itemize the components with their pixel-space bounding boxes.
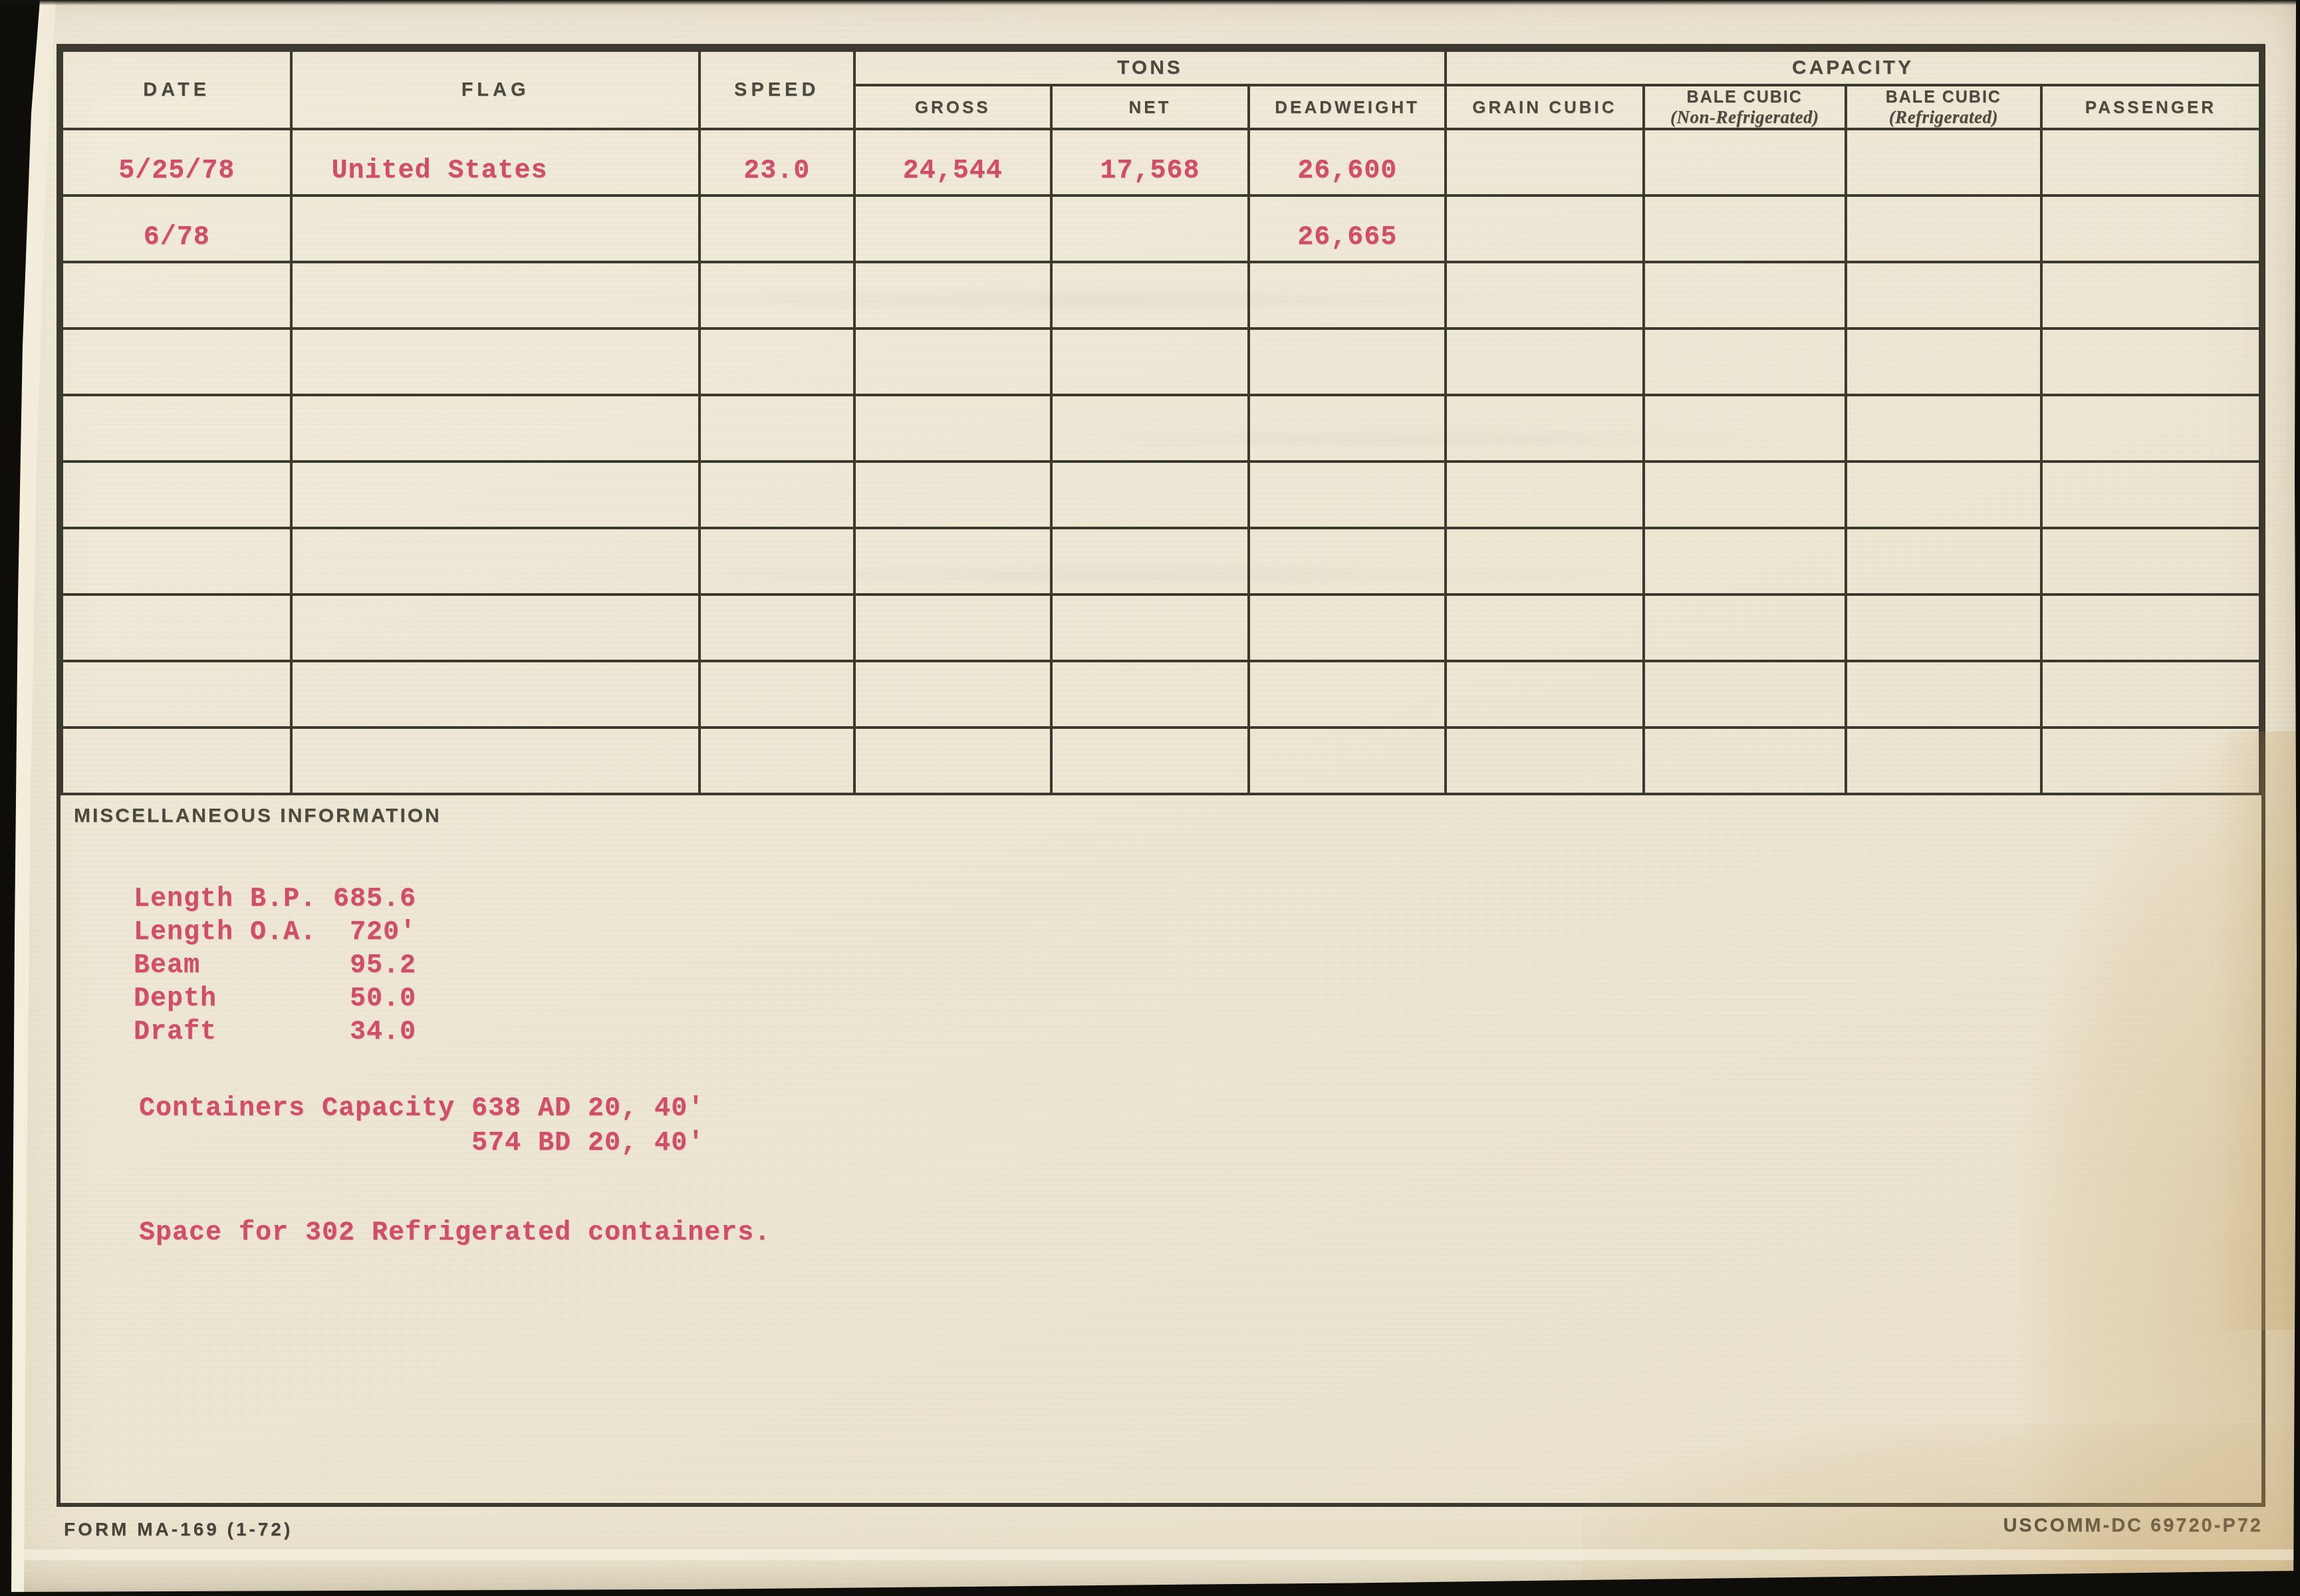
col-group-tons: TONS (854, 51, 1446, 85)
table-cell-date: 5/25/78 (62, 129, 291, 196)
table-cell-bale-non-ref (1644, 595, 1846, 661)
table-cell-bale-ref (1846, 329, 2041, 395)
table-cell-passenger (2041, 395, 2260, 462)
table-cell-speed (700, 728, 854, 794)
table-cell-date (62, 595, 291, 661)
table-cell-bale-ref (1846, 262, 2041, 329)
table-cell-deadweight (1249, 595, 1446, 661)
bleed-through-smudge (585, 286, 1583, 314)
table-cell-grain-cubic (1446, 129, 1644, 196)
table-cell-bale-non-ref (1644, 462, 1846, 528)
table-cell-passenger (2041, 129, 2260, 196)
table-cell-deadweight (1249, 329, 1446, 395)
table-cell-passenger (2041, 196, 2260, 262)
table-cell-date (62, 661, 291, 728)
table-cell-bale-non-ref (1644, 329, 1846, 395)
table-row (62, 462, 2260, 528)
table-cell-flag (291, 462, 699, 528)
table-cell-grain-cubic (1446, 329, 1644, 395)
table-cell-date (62, 528, 291, 595)
bale-ref-line2: (Refrigerated) (1848, 107, 2039, 127)
table-cell-date (62, 329, 291, 395)
table-row: 6/7826,665 (62, 196, 2260, 262)
col-header-date: DATE (62, 51, 291, 129)
table-cell-speed: 23.0 (700, 129, 854, 196)
table-cell-date (62, 395, 291, 462)
col-header-bale-cubic-refrigerated: BALE CUBIC (Refrigerated) (1846, 85, 2041, 129)
table-cell-bale-non-ref (1644, 129, 1846, 196)
table-cell-grain-cubic (1446, 462, 1644, 528)
table-cell-passenger (2041, 462, 2260, 528)
table-cell-bale-ref (1846, 728, 2041, 794)
water-stain (1583, 1423, 2300, 1596)
container-capacity-block: Containers Capacity 638 AD 20, 40' 574 B… (139, 1092, 2261, 1161)
table-cell-net (1051, 196, 1249, 262)
table-cell-gross: 24,544 (854, 129, 1051, 196)
table-cell-passenger (2041, 329, 2260, 395)
table-cell-net (1051, 661, 1249, 728)
table-cell-gross (854, 728, 1051, 794)
table-cell-bale-non-ref (1644, 262, 1846, 329)
table-cell-flag (291, 329, 699, 395)
table-cell-gross (854, 196, 1051, 262)
container-capacity-line2: 574 BD 20, 40' (139, 1127, 2261, 1161)
bale-ref-line1: BALE CUBIC (1848, 87, 2039, 107)
col-header-bale-cubic-non-refrigerated: BALE CUBIC (Non-Refrigerated) (1644, 85, 1846, 129)
dimension-line-depth: Depth 50.0 (134, 983, 2261, 1016)
table-cell-flag (291, 395, 699, 462)
table-cell-date (62, 262, 291, 329)
table-cell-date: 6/78 (62, 196, 291, 262)
table-row (62, 329, 2260, 395)
bale-non-ref-line2: (Non-Refrigerated) (1646, 107, 1844, 127)
table-cell-flag: United States (291, 129, 699, 196)
col-header-deadweight: DEADWEIGHT (1249, 85, 1446, 129)
table-cell-deadweight (1249, 462, 1446, 528)
col-group-capacity: CAPACITY (1446, 51, 2260, 85)
table-cell-deadweight: 26,665 (1249, 196, 1446, 262)
vessel-data-table: DATE FLAG SPEED TONS CAPACITY GROSS NET … (61, 49, 2261, 795)
table-cell-gross (854, 329, 1051, 395)
table-cell-grain-cubic (1446, 196, 1644, 262)
refrigerated-space-line: Space for 302 Refrigerated containers. (139, 1217, 2261, 1250)
table-cell-speed (700, 661, 854, 728)
table-cell-passenger (2041, 262, 2260, 329)
col-header-passenger: PASSENGER (2041, 85, 2260, 129)
table-row (62, 661, 2260, 728)
table-cell-bale-ref (1846, 595, 2041, 661)
paper-sheet: DATE FLAG SPEED TONS CAPACITY GROSS NET … (0, 0, 2300, 1596)
table-cell-bale-non-ref (1644, 728, 1846, 794)
table-cell-speed (700, 595, 854, 661)
scan-edge-top (0, 0, 2300, 5)
bleed-through-smudge (545, 562, 1676, 589)
table-header: DATE FLAG SPEED TONS CAPACITY GROSS NET … (62, 51, 2260, 129)
table-cell-flag (291, 661, 699, 728)
table-cell-grain-cubic (1446, 661, 1644, 728)
table-cell-grain-cubic (1446, 595, 1644, 661)
table-cell-flag (291, 595, 699, 661)
table-cell-flag (291, 196, 699, 262)
form-outline-box: DATE FLAG SPEED TONS CAPACITY GROSS NET … (57, 44, 2265, 1507)
dimension-line-beam: Beam 95.2 (134, 950, 2261, 983)
col-header-grain-cubic: GRAIN CUBIC (1446, 85, 1644, 129)
table-cell-speed (700, 395, 854, 462)
table-cell-date (62, 462, 291, 528)
table-cell-bale-non-ref (1644, 661, 1846, 728)
table-cell-flag (291, 728, 699, 794)
table-cell-net (1051, 728, 1249, 794)
table-cell-deadweight (1249, 661, 1446, 728)
table-cell-bale-non-ref (1644, 528, 1846, 595)
table-row: 5/25/78United States23.024,54417,56826,6… (62, 129, 2260, 196)
table-cell-net (1051, 462, 1249, 528)
refrigerated-space-note: Space for 302 Refrigerated containers. (139, 1217, 2261, 1250)
col-header-gross: GROSS (854, 85, 1051, 129)
table-cell-speed (700, 462, 854, 528)
table-cell-gross (854, 595, 1051, 661)
scanned-form-page: { "document": { "form_number": "FORM MA-… (0, 0, 2300, 1596)
col-header-net: NET (1051, 85, 1249, 129)
table-cell-net: 17,568 (1051, 129, 1249, 196)
bleed-through-smudge (964, 426, 1829, 451)
table-row (62, 595, 2260, 661)
bale-non-ref-line1: BALE CUBIC (1646, 87, 1844, 107)
table-cell-bale-non-ref (1644, 196, 1846, 262)
table-cell-bale-ref (1846, 528, 2041, 595)
table-cell-grain-cubic (1446, 728, 1644, 794)
miscellaneous-section: MISCELLANEOUS INFORMATION Length B.P. 68… (61, 795, 2261, 1519)
table-cell-deadweight: 26,600 (1249, 129, 1446, 196)
scan-artifact-band (0, 1549, 2300, 1560)
table-row (62, 728, 2260, 794)
table-cell-passenger (2041, 661, 2260, 728)
table-cell-gross (854, 661, 1051, 728)
table-cell-bale-ref (1846, 129, 2041, 196)
table-body: 5/25/78United States23.024,54417,56826,6… (62, 129, 2260, 794)
table-cell-passenger (2041, 595, 2260, 661)
table-cell-speed (700, 196, 854, 262)
table-cell-bale-ref (1846, 462, 2041, 528)
miscellaneous-heading: MISCELLANEOUS INFORMATION (61, 795, 2261, 827)
col-header-speed: SPEED (700, 51, 854, 129)
table-cell-net (1051, 595, 1249, 661)
col-header-flag: FLAG (291, 51, 699, 129)
table-cell-date (62, 728, 291, 794)
table-cell-gross (854, 462, 1051, 528)
table-cell-bale-ref (1846, 395, 2041, 462)
table-cell-net (1051, 329, 1249, 395)
table-cell-deadweight (1249, 728, 1446, 794)
container-capacity-line1: Containers Capacity 638 AD 20, 40' (139, 1092, 2261, 1127)
dimension-line-length-bp: Length B.P. 685.6 (134, 883, 2261, 916)
dimension-line-length-oa: Length O.A. 720' (134, 916, 2261, 950)
table-cell-bale-ref (1846, 196, 2041, 262)
table-cell-bale-ref (1846, 661, 2041, 728)
dimension-line-draft: Draft 34.0 (134, 1016, 2261, 1049)
form-number: FORM MA-169 (1-72) (64, 1519, 293, 1540)
table-cell-speed (700, 329, 854, 395)
table-cell-passenger (2041, 528, 2260, 595)
ship-dimensions-block: Length B.P. 685.6 Length O.A. 720' Beam … (134, 883, 2261, 1049)
